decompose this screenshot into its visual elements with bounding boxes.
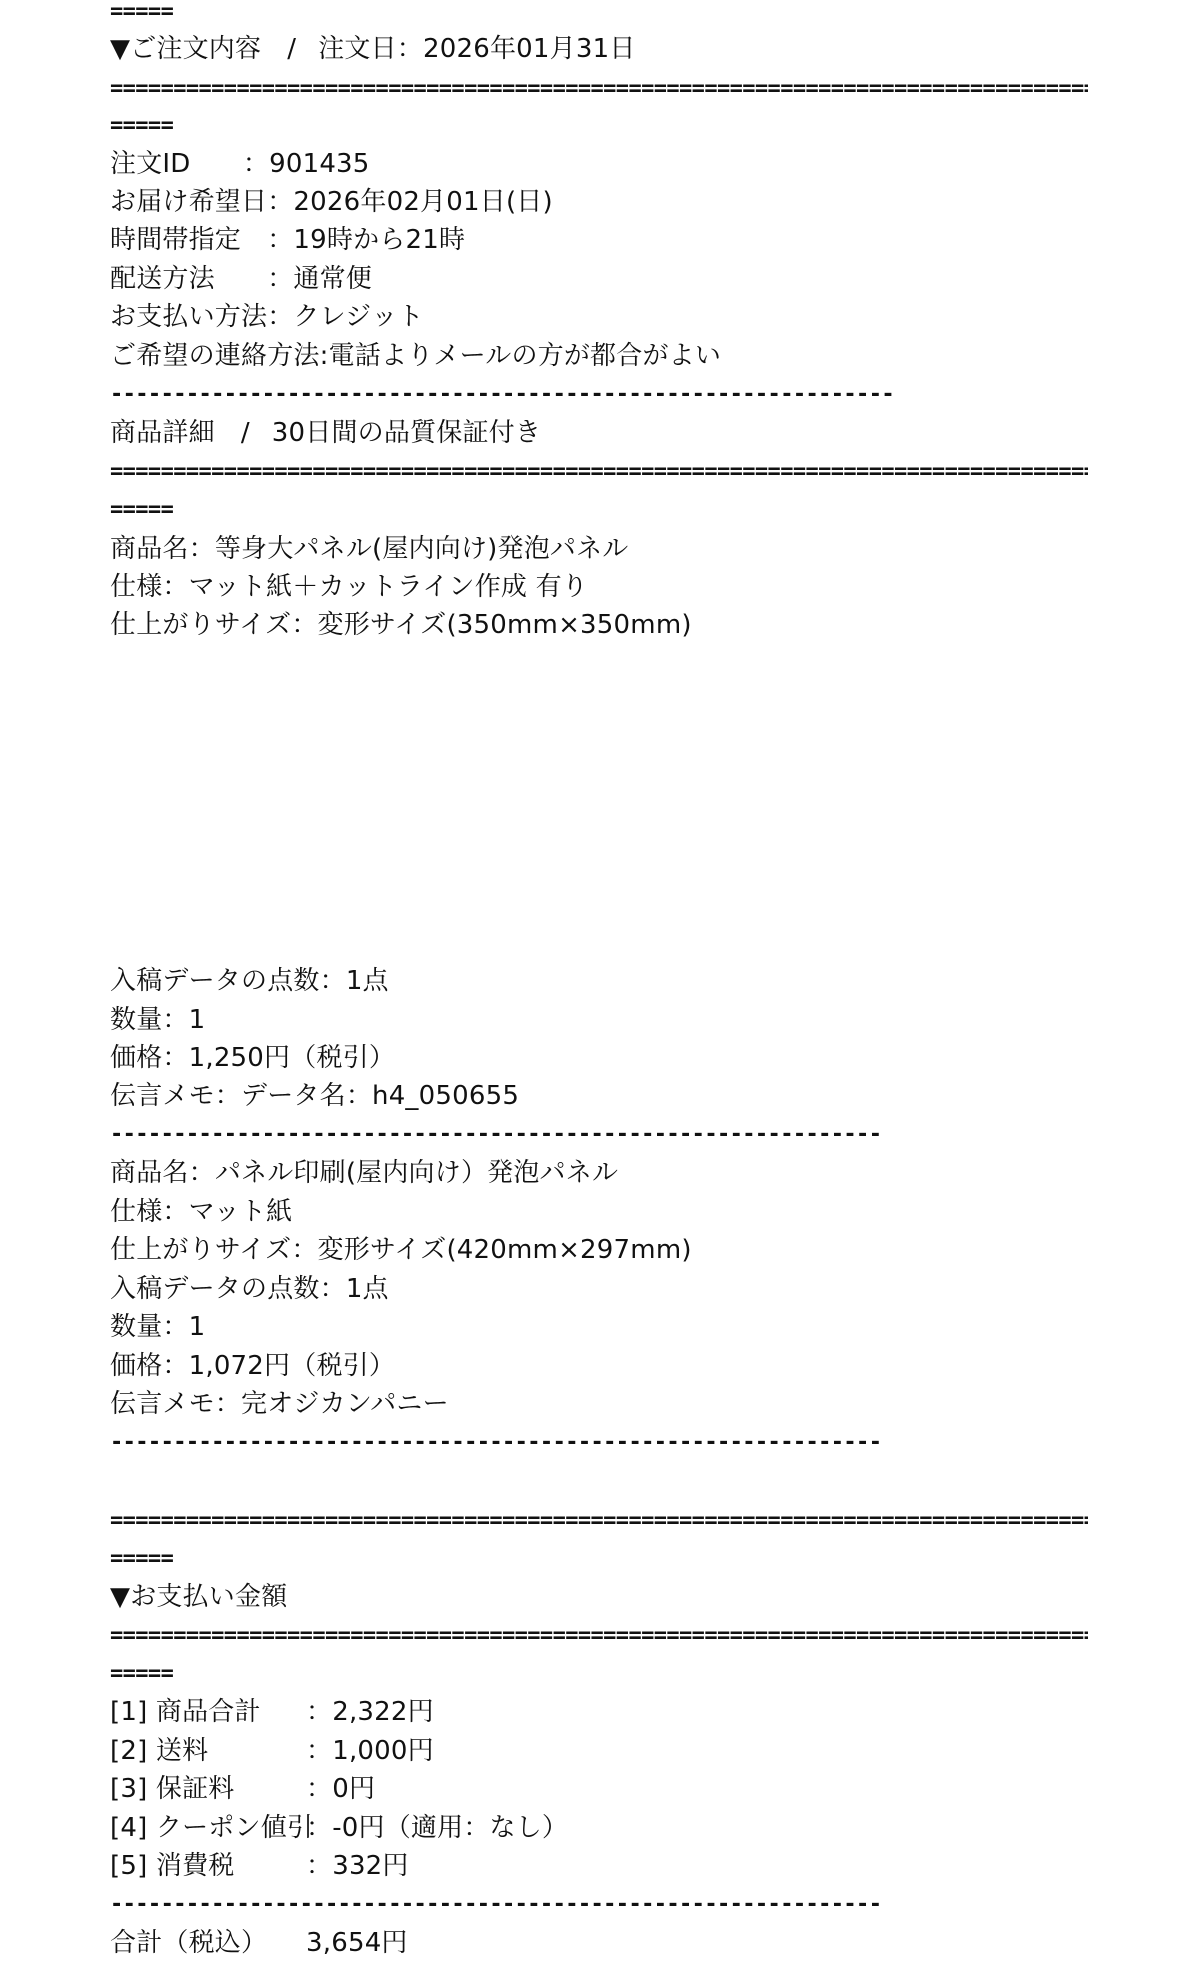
total-label: 合計（税込） xyxy=(110,1924,306,1962)
product-2-price: 価格：1,072円（税引） xyxy=(110,1347,395,1385)
product-qty-label: 数量： xyxy=(110,1312,189,1342)
payment-label: [4] クーポン値引 xyxy=(110,1809,306,1847)
payment-label: [2] 送料 xyxy=(110,1732,306,1770)
separator-single: ----------------------------------------… xyxy=(110,1424,883,1462)
payment-header: ▼お支払い金額 xyxy=(110,1578,287,1616)
shipping-method-value: 通常便 xyxy=(293,264,372,294)
separator-double-tail: ===== xyxy=(110,491,173,529)
product-size-value: 変形サイズ(420mm×297mm) xyxy=(318,1235,692,1265)
order-header-title: ご注文内容 xyxy=(130,34,261,64)
product-name-label: 商品名： xyxy=(110,1158,215,1188)
product-2-spec: 仕様：マット紙 xyxy=(110,1193,292,1231)
product-2-qty: 数量：1 xyxy=(110,1308,205,1346)
product-files-value: 1点 xyxy=(346,1274,389,1304)
product-section-header: 商品詳細/30日間の品質保証付き xyxy=(110,414,541,452)
colon: ： xyxy=(267,187,293,217)
order-id-row: 注文ID ：901435 xyxy=(110,145,370,183)
product-price-label: 価格： xyxy=(110,1351,189,1381)
payment-method-label: お支払い方法 xyxy=(110,302,267,332)
product-size-label: 仕上がりサイズ： xyxy=(110,1235,318,1265)
payment-header-title: お支払い金額 xyxy=(130,1582,287,1612)
product-2-name: 商品名：パネル印刷(屋内向け）発泡パネル xyxy=(110,1154,618,1192)
total-row: 合計（税込）3,654円 xyxy=(110,1924,408,1962)
product-price-value: 1,072円（税引） xyxy=(189,1351,395,1381)
product-files-label: 入稿データの点数： xyxy=(110,966,346,996)
order-date-label: 注文日： xyxy=(318,34,423,64)
payment-label: [3] 保証料 xyxy=(110,1770,306,1808)
shipping-method-label: 配送方法 xyxy=(110,264,267,294)
product-qty-value: 1 xyxy=(189,1312,206,1342)
product-qty-value: 1 xyxy=(189,1005,206,1035)
payment-value: ：0円 xyxy=(306,1774,375,1804)
colon: : xyxy=(320,341,329,371)
product-memo-value: 完オジカンパニー xyxy=(241,1389,449,1419)
payment-row-coupon: [4] クーポン値引：-0円（適用：なし） xyxy=(110,1809,568,1847)
payment-row-guarantee: [3] 保証料：0円 xyxy=(110,1770,375,1808)
separator-double-tail: ===== xyxy=(110,1655,173,1693)
order-header-divider: / xyxy=(287,34,296,64)
product-spec-value: マット紙 xyxy=(189,1197,293,1227)
time-slot-value: 19時から21時 xyxy=(293,225,465,255)
product-1-qty: 数量：1 xyxy=(110,1001,205,1039)
separator-double-tail: ===== xyxy=(110,107,173,145)
order-date-value: 2026年01月31日 xyxy=(423,34,636,64)
product-1-name: 商品名：等身大パネル(屋内向け)発泡パネル xyxy=(110,530,629,568)
separator-double-tail: ===== xyxy=(110,0,173,31)
product-2-files: 入稿データの点数：1点 xyxy=(110,1270,389,1308)
contact-method-value: 電話よりメールの方が都合がよい xyxy=(329,341,721,371)
delivery-date-row: お届け希望日：2026年02月01日(日) xyxy=(110,183,553,221)
product-1-size: 仕上がりサイズ：変形サイズ(350mm×350mm) xyxy=(110,606,692,644)
contact-method-row: ご希望の連絡方法:電話よりメールの方が都合がよい xyxy=(110,337,721,375)
colon: ： xyxy=(267,302,293,332)
payment-value: ：-0円（適用：なし） xyxy=(306,1813,568,1843)
product-1-price: 価格：1,250円（税引） xyxy=(110,1039,395,1077)
payment-label: [1] 商品合計 xyxy=(110,1693,306,1731)
product-memo-label: 伝言メモ： xyxy=(110,1081,241,1111)
product-size-label: 仕上がりサイズ： xyxy=(110,610,318,640)
product-spec-value: マット紙＋カットライン作成 有り xyxy=(189,572,588,602)
time-slot-label: 時間帯指定 xyxy=(110,225,267,255)
separator-single: ----------------------------------------… xyxy=(110,1886,883,1924)
product-price-label: 価格： xyxy=(110,1043,189,1073)
order-id-value: 901435 xyxy=(269,149,369,179)
product-qty-label: 数量： xyxy=(110,1005,189,1035)
separator-double: ========================================… xyxy=(110,1617,1088,1655)
delivery-date-label: お届け希望日 xyxy=(110,187,267,217)
separator-double-tail: ===== xyxy=(110,1540,173,1578)
product-1-spec: 仕様：マット紙＋カットライン作成 有り xyxy=(110,568,588,606)
product-memo-value: データ名：h4_050655 xyxy=(241,1081,519,1111)
product-files-value: 1点 xyxy=(346,966,389,996)
payment-row-shipping: [2] 送料：1,000円 xyxy=(110,1732,434,1770)
product-name-value: パネル印刷(屋内向け）発泡パネル xyxy=(215,1158,618,1188)
payment-row-tax: [5] 消費税：332円 xyxy=(110,1847,409,1885)
order-header: ▼ご注文内容/注文日：2026年01月31日 xyxy=(110,30,636,68)
payment-row-subtotal: [1] 商品合計：2,322円 xyxy=(110,1693,434,1731)
separator-double: ========================================… xyxy=(110,70,1088,108)
product-spec-label: 仕様： xyxy=(110,1197,189,1227)
product-price-value: 1,250円（税引） xyxy=(189,1043,395,1073)
product-section-title: 商品詳細 xyxy=(110,418,215,448)
triangle-down-icon: ▼ xyxy=(110,1582,130,1612)
payment-value: ：332円 xyxy=(306,1851,409,1881)
shipping-method-row: 配送方法 ：通常便 xyxy=(110,260,372,298)
colon: ： xyxy=(243,149,269,179)
product-2-memo: 伝言メモ：完オジカンパニー xyxy=(110,1385,449,1423)
product-files-label: 入稿データの点数： xyxy=(110,1274,346,1304)
product-1-files: 入稿データの点数：1点 xyxy=(110,962,389,1000)
product-memo-label: 伝言メモ： xyxy=(110,1389,241,1419)
product-size-value: 変形サイズ(350mm×350mm) xyxy=(318,610,692,640)
product-2-size: 仕上がりサイズ：変形サイズ(420mm×297mm) xyxy=(110,1231,692,1269)
order-id-label: 注文ID xyxy=(110,149,243,179)
product-section-note: 30日間の品質保証付き xyxy=(272,418,541,448)
payment-method-row: お支払い方法：クレジット xyxy=(110,298,424,336)
contact-method-label: ご希望の連絡方法 xyxy=(110,341,320,371)
separator-double: ========================================… xyxy=(110,1502,1088,1540)
product-name-value: 等身大パネル(屋内向け)発泡パネル xyxy=(215,534,629,564)
delivery-date-value: 2026年02月01日(日) xyxy=(293,187,552,217)
payment-label: [5] 消費税 xyxy=(110,1847,306,1885)
product-name-label: 商品名： xyxy=(110,534,215,564)
payment-value: ：1,000円 xyxy=(306,1736,434,1766)
time-slot-row: 時間帯指定 ：19時から21時 xyxy=(110,221,465,259)
separator-single: ----------------------------------------… xyxy=(110,376,893,414)
product-spec-label: 仕様： xyxy=(110,572,189,602)
colon: ： xyxy=(267,225,293,255)
separator-double: ========================================… xyxy=(110,453,1088,491)
triangle-down-icon: ▼ xyxy=(110,34,130,64)
colon: ： xyxy=(267,264,293,294)
product-section-divider: / xyxy=(241,418,250,448)
total-value: 3,654円 xyxy=(306,1928,408,1958)
payment-method-value: クレジット xyxy=(293,302,423,332)
payment-value: ：2,322円 xyxy=(306,1697,434,1727)
separator-single: ----------------------------------------… xyxy=(110,1116,883,1154)
product-1-memo: 伝言メモ：データ名：h4_050655 xyxy=(110,1077,519,1115)
